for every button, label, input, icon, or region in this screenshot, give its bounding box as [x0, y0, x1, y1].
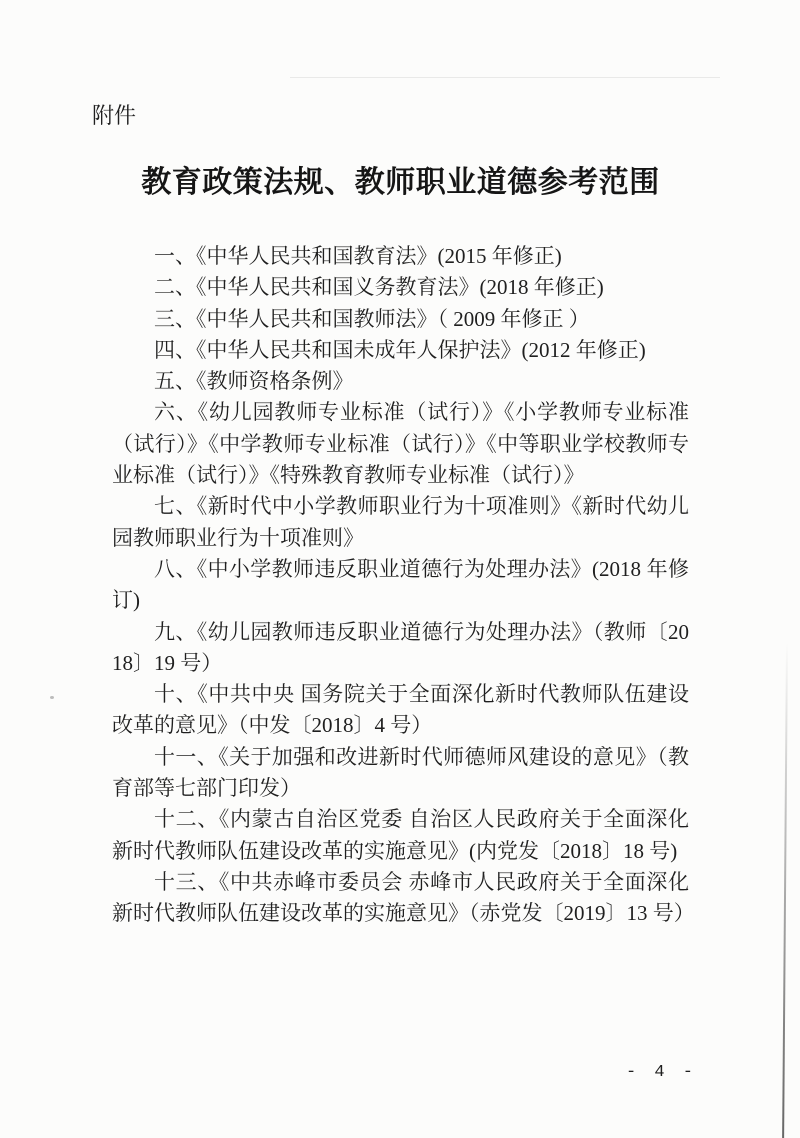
scan-artifact-streak	[290, 77, 720, 78]
scan-artifact-vertical-line	[782, 643, 787, 1138]
reference-list: 一、《中华人民共和国教育法》(2015 年修正)二、《中华人民共和国义务教育法》…	[112, 241, 689, 930]
list-item: 一、《中华人民共和国教育法》(2015 年修正)	[112, 241, 689, 272]
list-item: 六、《幼儿园教师专业标准（试行）》《小学教师专业标准（试行）》《中学教师专业标准…	[112, 397, 689, 491]
page-number: - 4 -	[626, 1063, 697, 1082]
list-item: 十三、《中共赤峰市委员会 赤峰市人民政府关于全面深化新时代教师队伍建设改革的实施…	[112, 867, 689, 930]
list-item: 十一、《关于加强和改进新时代师德师风建设的意见》（教育部等七部门印发）	[112, 742, 689, 805]
list-item: 七、《新时代中小学教师职业行为十项准则》《新时代幼儿园教师职业行为十项准则》	[112, 491, 689, 554]
attachment-label: 附件	[92, 99, 136, 130]
list-item: 十、《中共中央 国务院关于全面深化新时代教师队伍建设改革的意见》（中发〔2018…	[112, 679, 689, 742]
list-item: 五、《教师资格条例》	[112, 366, 689, 397]
list-item: 三、《中华人民共和国教师法》（ 2009 年修正 ）	[112, 304, 689, 335]
document-page: 附件 教育政策法规、教师职业道德参考范围 一、《中华人民共和国教育法》(2015…	[0, 0, 800, 1138]
page-title: 教育政策法规、教师职业道德参考范围	[112, 162, 689, 204]
list-item: 十二、《内蒙古自治区党委 自治区人民政府关于全面深化新时代教师队伍建设改革的实施…	[112, 804, 689, 867]
list-item: 二、《中华人民共和国义务教育法》(2018 年修正)	[112, 272, 689, 303]
list-item: 九、《幼儿园教师违反职业道德行为处理办法》（教师〔2018〕19 号）	[112, 617, 689, 680]
list-item: 四、《中华人民共和国未成年人保护法》(2012 年修正)	[112, 335, 689, 366]
scan-artifact-speck	[50, 696, 54, 699]
list-item: 八、《中小学教师违反职业道德行为处理办法》(2018 年修订)	[112, 554, 689, 617]
